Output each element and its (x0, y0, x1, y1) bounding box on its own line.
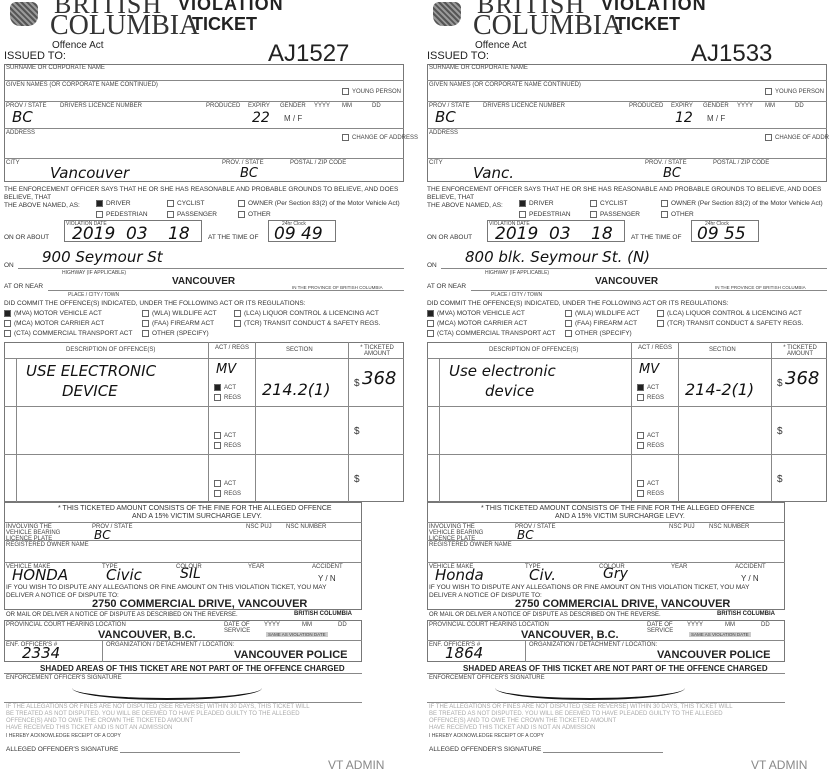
fine-text-2: BE TREATED AS NOT DISPUTED. YOU WILL BE … (6, 711, 300, 717)
shaded-note: SHADED AREAS OF THIS TICKET ARE NOT PART… (463, 664, 768, 673)
court-label: PROVINCIAL COURT HEARING LOCATION (6, 622, 126, 628)
bc-label: BRITISH COLUMBIA (717, 611, 775, 617)
act-regs-value: MV (216, 362, 236, 377)
surcharge-line2: AND A 15% VICTIM SURCHARGE LEVY. (132, 513, 262, 520)
service-mm: MM (725, 622, 735, 628)
violation-ticket-1: BRITISH COLUMBIA Offence Act VIOLATION T… (2, 0, 407, 777)
act-other-checkbox[interactable]: OTHER (SPECIFY) (142, 330, 209, 337)
fine-text-2: BE TREATED AS NOT DISPUTED. YOU WILL BE … (429, 711, 723, 717)
passenger-checkbox[interactable]: PASSENGER (590, 211, 640, 218)
bc-crest-icon (433, 2, 461, 26)
prov-value: BC (12, 108, 33, 126)
officer-signature (495, 676, 685, 700)
amount-value: 368 (362, 368, 396, 389)
mm-label: MM (342, 103, 352, 109)
org-value: VANCOUVER POLICE (657, 649, 770, 661)
act-tcr-checkbox[interactable]: (TCR) TRANSIT CONDUCT & SAFETY REGS. (234, 320, 380, 327)
service-dd: DD (761, 622, 770, 628)
same-as-label: SAME AS VIOLATION DATE (266, 632, 328, 637)
expiry-label: EXPIRY (671, 103, 693, 109)
ticket-header: BRITISH COLUMBIA Offence Act VIOLATION T… (425, 0, 829, 62)
gender-options: M / F (284, 114, 302, 123)
act-mca-checkbox[interactable]: (MCA) MOTOR CARRIER ACT (427, 320, 527, 327)
address-label: ADDRESS (429, 130, 458, 136)
section-header: SECTION (709, 347, 736, 353)
accident-label: ACCIDENT (735, 564, 766, 570)
highway-label: HIGHWAY (IF APPLICABLE) (62, 270, 126, 276)
highway-label: HIGHWAY (IF APPLICABLE) (485, 270, 549, 276)
dd-label: DD (372, 103, 381, 109)
offender-signature-line[interactable] (120, 752, 240, 753)
act-wla-checkbox[interactable]: (WLA) WILDLIFE ACT (142, 310, 217, 317)
date-mm: 03 (549, 224, 571, 244)
gender-label: GENDER (280, 103, 306, 109)
count3-dollar: $ (354, 474, 360, 485)
city-prov-value: BC (663, 166, 681, 181)
pedestrian-checkbox[interactable]: PEDESTRIAN (519, 211, 571, 218)
officer-signature (72, 676, 262, 700)
accident-options: Y / N (318, 574, 336, 583)
bc-crest-icon (10, 2, 38, 26)
issued-to-label: ISSUED TO: (427, 50, 489, 62)
act-regs-header: ACT / REGS (214, 345, 250, 351)
count3-act-checkbox[interactable]: ACT (214, 480, 236, 487)
count1-act-checkbox[interactable]: ACT (637, 384, 659, 391)
other-checkbox[interactable]: OTHER (238, 211, 271, 218)
act-faa-checkbox[interactable]: (FAA) FIREARM ACT (565, 320, 637, 327)
dispute-address: 2750 COMMERCIAL DRIVE, VANCOUVER (92, 598, 307, 610)
make-value: HONDA (12, 566, 68, 584)
city-label: CITY (6, 160, 20, 166)
count2-dollar: $ (777, 426, 783, 437)
vt-admin-footer: VT ADMIN (751, 758, 807, 772)
act-regs-header: ACT / REGS (637, 345, 673, 351)
fine-text-3: OFFENCE(S) AND TO OWE THE CROWN THE TICK… (6, 718, 193, 724)
act-mca-checkbox[interactable]: (MCA) MOTOR CARRIER ACT (4, 320, 104, 327)
driver-checkbox[interactable]: DRIVER (519, 200, 554, 207)
at-or-near-label: AT OR NEAR (427, 283, 466, 290)
count2-regs-checkbox[interactable]: REGS (214, 442, 241, 449)
date-dd: 18 (168, 224, 190, 244)
act-lca-checkbox[interactable]: (LCA) LIQUOR CONTROL & LICENCING ACT (657, 310, 802, 317)
gender-label: GENDER (703, 103, 729, 109)
service-mm: MM (302, 622, 312, 628)
expiry-value: 12 (675, 110, 693, 126)
time-value: 09 49 (274, 224, 323, 244)
count1-regs-checkbox[interactable]: REGS (637, 394, 664, 401)
dispute-line1: IF YOU WISH TO DISPUTE ANY ALLEGATIONS O… (6, 584, 327, 591)
accident-label: ACCIDENT (312, 564, 343, 570)
violation-ticket-2: BRITISH COLUMBIA Offence Act VIOLATION T… (425, 0, 829, 777)
offender-signature-line[interactable] (543, 752, 663, 753)
produced-label: PRODUCED (629, 103, 663, 109)
type-value: Civ. (529, 566, 556, 584)
date-mm: 03 (126, 224, 148, 244)
org-label: ORGANIZATION / DETACHMENT / LOCATION: (106, 642, 234, 648)
on-label: ON (4, 262, 14, 269)
yyyy-label: YYYY (737, 103, 753, 109)
date-service-label: DATE OF SERVICE (647, 622, 675, 634)
young-person-checkbox[interactable]: YOUNG PERSON (765, 88, 824, 95)
amount-header: * TICKETED AMOUNT (354, 345, 400, 357)
surcharge-line1: * THIS TICKETED AMOUNT CONSISTS OF THE F… (481, 505, 755, 512)
expiry-value: 22 (252, 110, 270, 126)
type-value: Civic (106, 566, 142, 584)
expiry-label: EXPIRY (248, 103, 270, 109)
act-regs-value: MV (639, 362, 659, 377)
dispute-address: 2750 COMMERCIAL DRIVE, VANCOUVER (515, 598, 730, 610)
act-other-checkbox[interactable]: OTHER (SPECIFY) (565, 330, 632, 337)
location-value: 900 Seymour St (42, 248, 163, 266)
licence-label: DRIVERS LICENCE NUMBER (483, 103, 565, 109)
other-checkbox[interactable]: OTHER (661, 211, 694, 218)
act-cta-checkbox[interactable]: (CTA) COMMERCIAL TRANSPORT ACT (427, 330, 555, 337)
surcharge-line1: * THIS TICKETED AMOUNT CONSISTS OF THE F… (58, 505, 332, 512)
count3-act-checkbox[interactable]: ACT (637, 480, 659, 487)
place-value: VANCOUVER (172, 276, 235, 287)
offence-line1: USE ELECTRONIC (26, 362, 156, 380)
time-label: AT THE TIME OF (208, 234, 258, 241)
owner-checkbox[interactable]: OWNER (Per Section 83(2) of the Motor Ve… (661, 200, 823, 207)
driver-checkbox[interactable]: DRIVER (96, 200, 131, 207)
offence-line2: device (485, 382, 534, 400)
act-mva-checkbox[interactable]: (MVA) MOTOR VEHICLE ACT (427, 310, 525, 317)
title-line1: VIOLATION (178, 0, 284, 15)
year-label: YEAR (671, 564, 687, 570)
gender-options: M / F (707, 114, 725, 123)
reg-owner-label: REGISTERED OWNER NAME (429, 542, 512, 548)
offender-signature-label: ALLEGED OFFENDER'S SIGNATURE (429, 746, 541, 753)
did-commit-label: DID COMMIT THE OFFENCE(S) INDICATED, UND… (4, 300, 306, 307)
title-line2: TICKET (192, 14, 257, 35)
act-wla-checkbox[interactable]: (WLA) WILDLIFE ACT (565, 310, 640, 317)
section-value: 214.2(1) (262, 380, 330, 399)
city-value: Vanc. (473, 164, 514, 182)
on-label: ON (427, 262, 437, 269)
count1-act-checkbox[interactable]: ACT (214, 384, 236, 391)
produced-label: PRODUCED (206, 103, 240, 109)
named-as-label: THE ABOVE NAMED, AS: (427, 202, 503, 209)
young-person-checkbox[interactable]: YOUNG PERSON (342, 88, 401, 95)
postal-label: POSTAL / ZIP CODE (713, 160, 769, 166)
service-yyyy: YYYY (264, 622, 280, 628)
dollar-sign: $ (777, 378, 783, 389)
dd-label: DD (795, 103, 804, 109)
officer-value: 2334 (22, 644, 60, 662)
date-service-label: DATE OF SERVICE (224, 622, 252, 634)
mail-text: OR MAIL OR DELIVER A NOTICE OF DISPUTE A… (6, 612, 238, 618)
passenger-checkbox[interactable]: PASSENGER (167, 211, 217, 218)
count2-regs-checkbox[interactable]: REGS (637, 442, 664, 449)
count2-act-checkbox[interactable]: ACT (637, 432, 659, 439)
cyclist-checkbox[interactable]: CYCLIST (590, 200, 627, 207)
city-value: Vancouver (50, 164, 129, 182)
did-commit-label: DID COMMIT THE OFFENCE(S) INDICATED, UND… (427, 300, 729, 307)
service-dd: DD (338, 622, 347, 628)
officer-value: 1864 (445, 644, 483, 662)
act-mva-checkbox[interactable]: (MVA) MOTOR VEHICLE ACT (4, 310, 102, 317)
at-or-near-label: AT OR NEAR (4, 283, 43, 290)
mail-text: OR MAIL OR DELIVER A NOTICE OF DISPUTE A… (429, 612, 661, 618)
desc-header: DESCRIPTION OF OFFENCE(S) (489, 347, 578, 353)
count3-dollar: $ (777, 474, 783, 485)
shaded-note: SHADED AREAS OF THIS TICKET ARE NOT PART… (40, 664, 345, 673)
ack-text: I HEREBY ACKNOWLEDGE RECEIPT OF A COPY (429, 733, 544, 739)
vt-admin-footer: VT ADMIN (328, 758, 384, 772)
act-tcr-checkbox[interactable]: (TCR) TRANSIT CONDUCT & SAFETY REGS. (657, 320, 803, 327)
licence-label: DRIVERS LICENCE NUMBER (60, 103, 142, 109)
offender-signature-label: ALLEGED OFFENDER'S SIGNATURE (6, 746, 118, 753)
pedestrian-checkbox[interactable]: PEDESTRIAN (96, 211, 148, 218)
title-line1: VIOLATION (601, 0, 707, 15)
named-as-label: THE ABOVE NAMED, AS: (4, 202, 80, 209)
time-value: 09 55 (697, 224, 746, 244)
issued-to-label: ISSUED TO: (4, 50, 66, 62)
surname-label: SURNAME OR CORPORATE NAME (429, 65, 528, 71)
count1-regs-checkbox[interactable]: REGS (214, 394, 241, 401)
act-cta-checkbox[interactable]: (CTA) COMMERCIAL TRANSPORT ACT (4, 330, 132, 337)
given-names-label: GIVEN NAMES (OR CORPORATE NAME CONTINUED… (429, 82, 581, 88)
amount-value: 368 (785, 368, 819, 389)
fine-text-1: IF THE ALLEGATIONS OR FINES ARE NOT DISP… (429, 704, 733, 710)
city-label: CITY (429, 160, 443, 166)
count2-dollar: $ (354, 426, 360, 437)
title-line2: TICKET (615, 14, 680, 35)
date-yyyy: 2019 (72, 224, 115, 244)
nsc-number-label: NSC NUMBER (709, 524, 749, 530)
org-value: VANCOUVER POLICE (234, 649, 347, 661)
nsc-puj-label: NSC PUJ (669, 524, 695, 530)
count3-regs-checkbox[interactable]: REGS (214, 490, 241, 497)
count2-act-checkbox[interactable]: ACT (214, 432, 236, 439)
colour-value: Gry (603, 566, 628, 582)
yyyy-label: YYYY (314, 103, 330, 109)
year-label: YEAR (248, 564, 264, 570)
org-label: ORGANIZATION / DETACHMENT / LOCATION: (529, 642, 657, 648)
on-or-about-label: ON OR ABOUT (427, 234, 472, 241)
date-dd: 18 (591, 224, 613, 244)
postal-label: POSTAL / ZIP CODE (290, 160, 346, 166)
location-value: 800 blk. Seymour St. (N) (465, 248, 650, 266)
time-label: AT THE TIME OF (631, 234, 681, 241)
nsc-puj-label: NSC PUJ (246, 524, 272, 530)
make-value: Honda (435, 566, 484, 584)
accident-options: Y / N (741, 574, 759, 583)
section-header: SECTION (286, 347, 313, 353)
same-as-label: SAME AS VIOLATION DATE (689, 632, 751, 637)
fine-text-1: IF THE ALLEGATIONS OR FINES ARE NOT DISP… (6, 704, 310, 710)
surname-label: SURNAME OR CORPORATE NAME (6, 65, 105, 71)
dispute-line1: IF YOU WISH TO DISPUTE ANY ALLEGATIONS O… (429, 584, 750, 591)
cyclist-checkbox[interactable]: CYCLIST (167, 200, 204, 207)
amount-header: * TICKETED AMOUNT (777, 345, 823, 357)
dollar-sign: $ (354, 378, 360, 389)
change-address-checkbox[interactable]: CHANGE OF ADDRESS (765, 134, 829, 141)
fine-text-3: OFFENCE(S) AND TO OWE THE CROWN THE TICK… (429, 718, 616, 724)
given-names-label: GIVEN NAMES (OR CORPORATE NAME CONTINUED… (6, 82, 158, 88)
brand-line2: COLUMBIA (473, 10, 622, 42)
ticket-header: BRITISH COLUMBIA Offence Act VIOLATION T… (2, 0, 407, 62)
service-yyyy: YYYY (687, 622, 703, 628)
court-label: PROVINCIAL COURT HEARING LOCATION (429, 622, 549, 628)
date-yyyy: 2019 (495, 224, 538, 244)
bc-label: BRITISH COLUMBIA (294, 611, 352, 617)
count3-regs-checkbox[interactable]: REGS (637, 490, 664, 497)
offence-line2: DEVICE (62, 382, 118, 400)
desc-header: DESCRIPTION OF OFFENCE(S) (66, 347, 155, 353)
act-faa-checkbox[interactable]: (FAA) FIREARM ACT (142, 320, 214, 327)
colour-value: SIL (180, 566, 201, 582)
surcharge-line2: AND A 15% VICTIM SURCHARGE LEVY. (555, 513, 685, 520)
place-label: PLACE / CITY / TOWN (68, 292, 119, 298)
offence-line1: Use electronic (449, 362, 556, 380)
fine-text-4: HAVE RECEIVED THIS TICKET AND IS NOT AN … (6, 725, 173, 731)
place-label: PLACE / CITY / TOWN (491, 292, 542, 298)
act-lca-checkbox[interactable]: (LCA) LIQUOR CONTROL & LICENCING ACT (234, 310, 379, 317)
brand-line2: COLUMBIA (50, 10, 199, 42)
section-value: 214-2(1) (685, 380, 754, 399)
ack-text: I HEREBY ACKNOWLEDGE RECEIPT OF A COPY (6, 733, 121, 739)
nsc-number-label: NSC NUMBER (286, 524, 326, 530)
owner-checkbox[interactable]: OWNER (Per Section 83(2) of the Motor Ve… (238, 200, 400, 207)
address-label: ADDRESS (6, 130, 35, 136)
prov-value: BC (435, 108, 456, 126)
place-value: VANCOUVER (595, 276, 658, 287)
change-address-checkbox[interactable]: CHANGE OF ADDRESS (342, 134, 418, 141)
fine-text-4: HAVE RECEIVED THIS TICKET AND IS NOT AN … (429, 725, 596, 731)
on-or-about-label: ON OR ABOUT (4, 234, 49, 241)
mm-label: MM (765, 103, 775, 109)
reg-owner-label: REGISTERED OWNER NAME (6, 542, 89, 548)
city-prov-value: BC (240, 166, 258, 181)
